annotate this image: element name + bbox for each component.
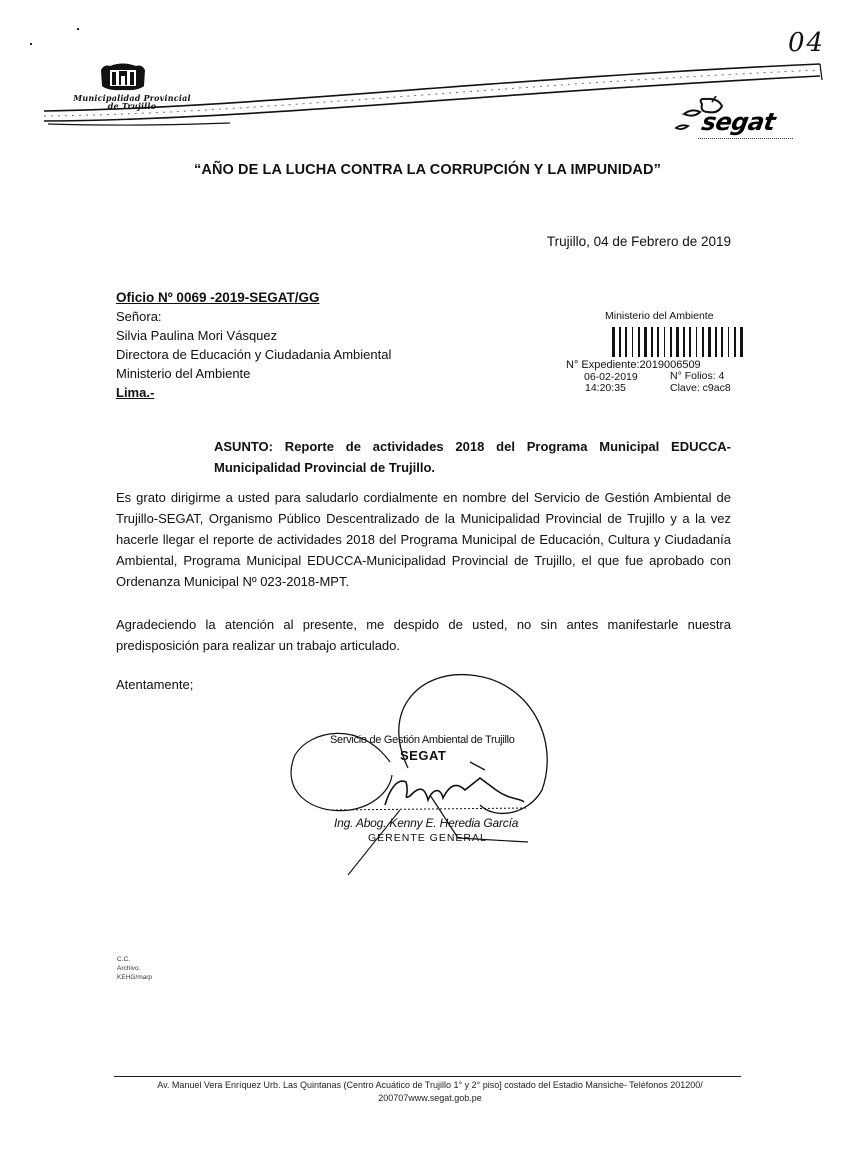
stamp-clave: Clave: c9ac8 bbox=[670, 382, 731, 394]
stamp-time: 14:20:35 bbox=[585, 382, 626, 394]
cc-line: KEHG/marp bbox=[117, 973, 152, 982]
handwritten-folio-number: 04 bbox=[788, 28, 825, 58]
footer-line-1: Av. Manuel Vera Enríquez Urb. Las Quinta… bbox=[100, 1079, 760, 1092]
scan-speck bbox=[30, 43, 32, 45]
cc-line: Archivo. bbox=[117, 964, 152, 973]
cc-line: C.C. bbox=[117, 955, 152, 964]
municipality-name: Municipalidad Provincial de Trujillo bbox=[62, 94, 202, 110]
signature-acronym: SEGAT bbox=[400, 748, 446, 763]
segat-wordmark: segat bbox=[700, 110, 777, 134]
closing-salutation: Atentamente; bbox=[116, 677, 193, 692]
segat-logo: segat bbox=[672, 96, 802, 146]
oficio-number: Oficio Nº 0069 -2019-SEGAT/GG bbox=[116, 288, 391, 307]
addressee-block: Oficio Nº 0069 -2019-SEGAT/GG Señora: Si… bbox=[116, 288, 391, 402]
scan-speck bbox=[77, 28, 79, 30]
barcode-icon bbox=[612, 327, 746, 357]
signature-stroke-icon bbox=[280, 650, 600, 880]
stamp-folios: N° Folios: 4 bbox=[670, 370, 724, 382]
footer-line-2: 200707www.segat.gob.pe bbox=[100, 1092, 760, 1105]
body-paragraph-1: Es grato dirigirme a usted para saludarl… bbox=[116, 487, 731, 592]
municipality-emblem-icon bbox=[98, 62, 148, 92]
expediente-label: N° Expediente: bbox=[566, 359, 640, 371]
cc-block: C.C. Archivo. KEHG/marp bbox=[117, 955, 152, 982]
reception-stamp: Ministerio del Ambiente N° Expediente:20… bbox=[560, 308, 750, 398]
signature-block: Servicio de Gestión Ambiental de Trujill… bbox=[280, 650, 600, 880]
footer-address: Av. Manuel Vera Enríquez Urb. Las Quinta… bbox=[100, 1079, 760, 1105]
signer-title: GERENTE GENERAL bbox=[368, 832, 487, 844]
addressee-position: Directora de Educación y Ciudadania Ambi… bbox=[116, 345, 391, 364]
subject-line: ASUNTO: Reporte de actividades 2018 del … bbox=[214, 436, 731, 478]
addressee-institution: Ministerio del Ambiente bbox=[116, 364, 391, 383]
salutation: Señora: bbox=[116, 307, 391, 326]
addressee-city: Lima.- bbox=[116, 383, 391, 402]
municipality-name-line2: de Trujillo bbox=[62, 102, 202, 110]
date-line: Trujillo, 04 de Febrero de 2019 bbox=[520, 234, 731, 249]
footer-divider bbox=[114, 1076, 741, 1077]
signer-name: Ing. Abog. Kenny E. Heredia García bbox=[334, 816, 518, 830]
municipality-logo: Municipalidad Provincial de Trujillo bbox=[62, 62, 202, 112]
stamp-institution: Ministerio del Ambiente bbox=[605, 310, 714, 322]
segat-tagline bbox=[698, 138, 793, 141]
addressee-name: Silvia Paulina Mori Vásquez bbox=[116, 326, 391, 345]
signature-organization: Servicio de Gestión Ambiental de Trujill… bbox=[330, 734, 515, 746]
year-motto: “AÑO DE LA LUCHA CONTRA LA CORRUPCIÓN Y … bbox=[0, 162, 855, 178]
